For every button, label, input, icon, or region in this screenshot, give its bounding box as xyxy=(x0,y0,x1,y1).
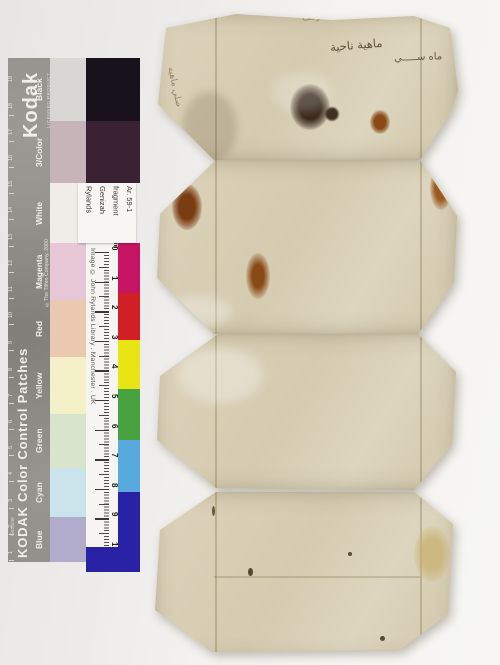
line-text: ٤٠٤ ٠٥ ماهية معلم بادوني طاعه غلامه م xyxy=(0,110,135,134)
ink-blot xyxy=(324,106,340,122)
glare xyxy=(168,296,232,328)
manuscript-fragment: بسم وصح به وقف ماهية ناحية ماه ســـــي ص… xyxy=(0,0,500,665)
line-text: ٤٠٠ ٢٨ ماهية معلم ضيا عيشا غلامه م xyxy=(0,439,131,465)
yellow-stain xyxy=(414,526,450,582)
margin-mark: ١٤٤٢ xyxy=(109,134,130,150)
line-text: ٥٩٥ ٠١ معلم بحور ماهية قمامه م xyxy=(0,58,137,80)
line-text: ٤٠٠ ٠٩ ماهية معلم حراموني رمضه غلامه م xyxy=(0,167,139,192)
line-text: ٤٠٠ ٠٦ ماهية معلم منقريوني فلاده غلامه م xyxy=(0,123,133,146)
rust-stain xyxy=(430,166,452,210)
margin-mark: ٤٤ xyxy=(121,249,133,263)
line-text: ٤٠٠ ٢١ ماهية عبد سعد فكير غلامه م xyxy=(0,350,133,374)
fragment-panel-4 xyxy=(152,490,460,662)
fold-crease xyxy=(214,490,420,492)
manuscript-header: ماهية ناحية xyxy=(329,36,382,55)
fragment-panel-1: بسم وصح به وقف ماهية ناحية ماه ســـــي ص… xyxy=(152,12,460,162)
margin-mark: ١٤٤٢ xyxy=(107,277,129,293)
line-text: ٤٠٠ ١٢ ماهية رطوه بعضوب غلامه م xyxy=(0,208,138,225)
speck xyxy=(212,506,215,516)
fold-crease xyxy=(420,332,422,492)
margin-mark: ١٤٤١ xyxy=(109,262,130,277)
margin-mark: ١٤٤١ xyxy=(103,362,125,378)
speck xyxy=(348,552,352,556)
margin-mark: ٤٤١ xyxy=(112,375,129,390)
line-text: ٤٠٠ ٢٢ ماهية معلم انطون ورقي غلامه م xyxy=(0,363,131,386)
line-text: ٤٠٠ ٠٨ ماهية معلم صا صلي غلامه م xyxy=(0,148,134,165)
line-text: ٤٠٠ ٢٦ ماهية المنتح الفضي غلامه م xyxy=(0,414,135,436)
margin-mark: ١٤٤٨ xyxy=(109,57,131,73)
line-text: ٤٠٠ ٢٤ ماهية معلم درحش بعضوب غلامه م xyxy=(0,388,133,416)
line-text: ٤٠٠٠ ٢٣ ماهية معلم لباد وجاد غلامه م xyxy=(0,375,135,396)
line-text: ٤٠٣ ١٧ ماهية نوفل نعوم غلامه م xyxy=(0,277,135,298)
fold-crease xyxy=(420,12,422,162)
ink-smudge xyxy=(182,92,237,162)
margin-mark: ١٤٤٨ xyxy=(107,336,129,352)
line-text: ٤٠٠ ٠٧ ماهية معلم منقريوني حله غلامه م xyxy=(0,135,137,155)
line-text: ٤٠٤ ٢٩ ماهية معلم رئوم نوفل غلامه م xyxy=(0,452,135,477)
margin-scribble: صلي ماهيه xyxy=(165,66,183,108)
glare xyxy=(178,348,263,403)
fold-crease xyxy=(420,158,422,336)
line-text: ٤٠٠ ١٩ ماهية عبادك رئيس غلامه م xyxy=(0,305,137,324)
fold-crease xyxy=(214,576,420,578)
rust-stain xyxy=(370,110,390,134)
margin-mark: ٤٤٨ xyxy=(112,235,129,250)
margin-mark: ١٤٤٢ xyxy=(109,180,130,196)
line-text: ٤٠٠ ٠٣ ماهية معلم نعوني تعدرك غلامه م xyxy=(0,84,133,104)
margin-mark: ١٤٤٨ xyxy=(105,349,127,365)
fold-crease xyxy=(215,490,217,662)
line-text: ٤٠٠ ٢٧ ماهية بعلي سجيه حمد غلامه م xyxy=(0,427,133,448)
line-text: ٤٠٠ ٠٤ ماهية معلم ضيا مسعود غلامه م xyxy=(0,97,136,115)
line-text: ٤٠٠ ١١ ماهية سجي تلبيان غلامه م xyxy=(0,195,135,214)
line-text: ٤٠٣ ١٦ ماهية معلم سعد باكوني غلامه م xyxy=(0,264,136,282)
line-text: ٤٠٠ ١٨ ماهية معلم بعوني نوفل غلامه م xyxy=(0,291,139,313)
fragment-panel-3: ٤٠٠ ٢٠ ماهية وهبه ابرهيم غلامه م١٤٤٨٤٠٠ … xyxy=(152,332,460,492)
line-text: ٤٠٠٠ ١٣ ماهية ابرهيم اسعد غلامه م xyxy=(0,222,137,244)
margin-mark: ١٤٤٢ xyxy=(109,96,130,111)
glare xyxy=(272,72,332,112)
line-text: ٥٦٢ ٠٢ ماهية معلم رضي تعدرك غلامه م xyxy=(0,71,135,93)
margin-mark: ١٤٤٨ xyxy=(111,290,132,306)
margin-mark: ١٤٤٨ xyxy=(107,194,128,210)
margin-mark: ١٤٤١ xyxy=(109,221,131,237)
line-text: ٤٠٠ ٢٠ ماهية وهبه ابرهيم غلامه م xyxy=(0,337,135,362)
photo-stage: 12345678910111213141516171819 Kodak LICE… xyxy=(0,0,500,665)
fragment-panel-2: ٤٠٠ ٠٩ ماهية معلم حراموني رمضه غلامه م٤٠… xyxy=(152,158,460,336)
margin-mark: ١٤٤٨ xyxy=(111,207,132,222)
line-text: ٤٠٠٠ ١٥ ماهية عبد المنتح اسعم غلامه م xyxy=(0,250,139,270)
line-text: ٤٠ ٣٠ ماهية معلم با سبانوني هاني غلامه م xyxy=(0,465,133,489)
line-text: ٤٠٠ ١٠ ماهية معلم بادوني منصود غلامه م xyxy=(0,181,137,203)
rust-stain xyxy=(172,184,202,230)
line-text: ٤٠٠٠ ١٤ ماهية حبيد دبيان غلامه م xyxy=(0,236,135,256)
top-scribble: بسم وصح به وقف xyxy=(302,6,371,23)
speck xyxy=(380,636,385,641)
rust-stain xyxy=(246,253,270,299)
line-text: ٤٠٠ ٢٥ ماهية معلم ضا طرضم غلامه م xyxy=(0,401,131,426)
speck xyxy=(248,568,253,576)
manuscript-preline: ماه ســـــي xyxy=(394,51,443,64)
line-text: ماهية معلم سا واه xyxy=(44,478,130,494)
